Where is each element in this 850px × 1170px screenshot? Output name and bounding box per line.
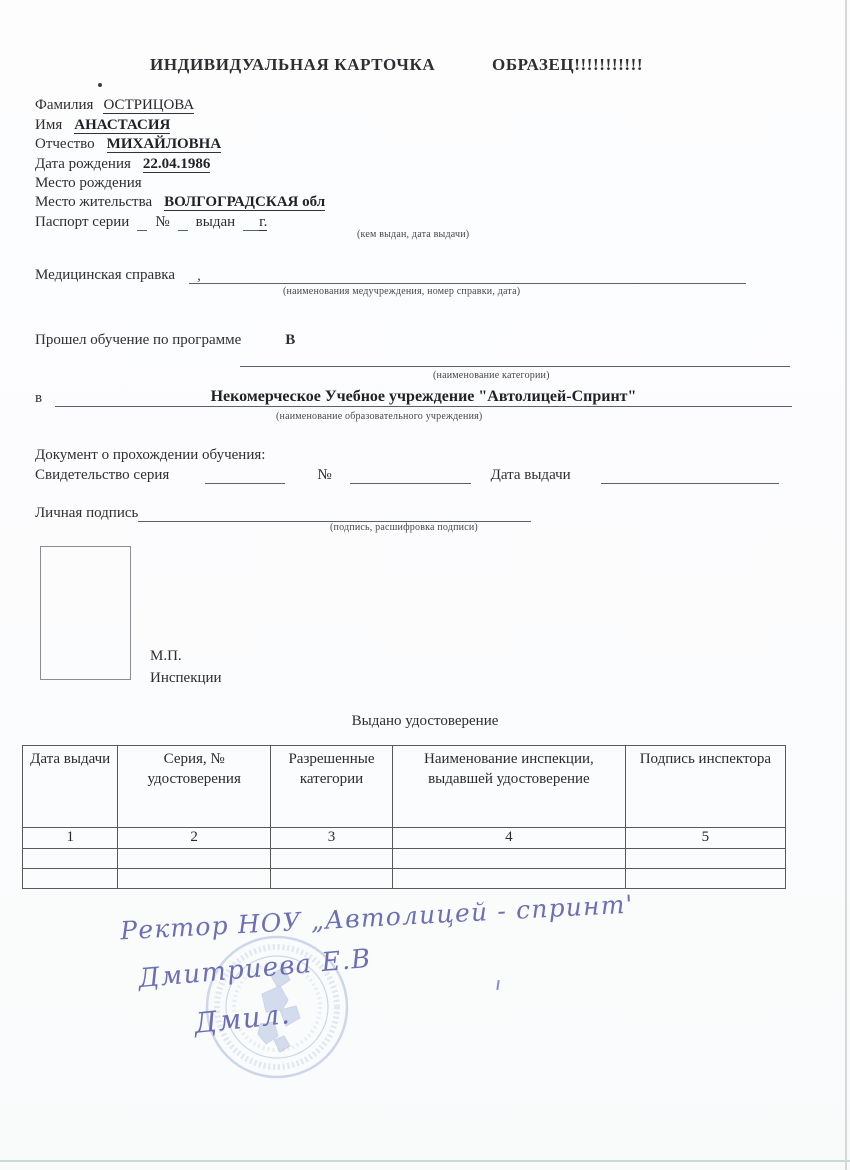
institution-value: Некомерческое Учебное учреждение "Автоли… — [211, 388, 637, 405]
scan-edge-right — [845, 0, 847, 1170]
document-heading: Документ о прохождении обучения: — [35, 447, 265, 464]
field-personal-signature: Личная подпись — [35, 504, 531, 522]
field-certificate: Свидетельство серия № Дата выдачи — [35, 466, 779, 484]
mp-label: М.П. — [150, 648, 182, 665]
personal-signature-caption: (подпись, расшифровка подписи) — [330, 522, 478, 533]
license-heading-text: Выдано удостоверение — [352, 713, 499, 729]
header-cell: Дата выдачи — [23, 746, 118, 828]
inspection-label: Инспекции — [150, 670, 222, 687]
birth-date-label: Дата рождения — [35, 156, 131, 172]
field-surname: Фамилия ОСТРИЦОВА — [35, 96, 194, 114]
category-caption: (наименование категории) — [433, 370, 550, 381]
header-cell: Наименование инспекции, выдавшей удостов… — [393, 746, 626, 828]
number-cell: 5 — [625, 828, 785, 849]
personal-signature-blank — [138, 507, 531, 522]
empty-cell — [270, 868, 392, 888]
passport-caption: (кем выдан, дата выдачи) — [357, 229, 469, 240]
institution-line: Некомерческое Учебное учреждение "Автоли… — [55, 388, 792, 407]
passport-date-blank — [243, 216, 259, 231]
table-header-row: Дата выдачи Серия, № удостоверения Разре… — [23, 746, 786, 828]
field-medical: Медицинская справка , — [35, 266, 746, 284]
birth-place-label: Место рождения — [35, 175, 142, 191]
field-patronymic: Отчество МИХАЙЛОВНА — [35, 135, 221, 153]
license-table: Дата выдачи Серия, № удостоверения Разре… — [22, 745, 786, 889]
passport-issued-label: выдан — [196, 214, 235, 230]
institution-caption: (наименование образовательного учреждени… — [276, 411, 482, 422]
header-cell: Подпись инспектора — [625, 746, 785, 828]
empty-cell — [625, 868, 785, 888]
passport-label: Паспорт серии — [35, 214, 129, 230]
certificate-series-blank — [205, 469, 285, 484]
field-birth-date: Дата рождения 22.04.1986 — [35, 155, 210, 173]
passport-no-sign: № — [155, 214, 169, 230]
empty-cell — [118, 868, 271, 888]
field-passport: Паспорт серии № выдан г. — [35, 213, 267, 231]
empty-cell — [393, 868, 626, 888]
category-blank-line — [240, 366, 790, 367]
ink-tick-mark — [496, 980, 499, 990]
scanned-card-page: ИНДИВИДУАЛЬНАЯ КАРТОЧКА ОБРАЗЕЦ!!!!!!!!!… — [0, 0, 850, 1170]
certificate-number-label: № — [317, 467, 331, 483]
passport-year-suffix: г. — [259, 214, 267, 231]
header-cell: Разрешенные категории — [270, 746, 392, 828]
number-cell: 3 — [270, 828, 392, 849]
personal-signature-label: Личная подпись — [35, 505, 138, 521]
stamp-placeholder-box — [40, 546, 131, 680]
empty-cell — [393, 848, 626, 868]
page-title: ИНДИВИДУАЛЬНАЯ КАРТОЧКА — [150, 55, 435, 75]
empty-cell — [270, 848, 392, 868]
license-heading: Выдано удостоверение — [0, 712, 850, 730]
scan-edge-bottom — [0, 1160, 850, 1162]
issue-date-label: Дата выдачи — [491, 467, 571, 483]
in-label: в — [35, 390, 42, 407]
program-label: Прошел обучение по программе — [35, 332, 241, 348]
empty-cell — [118, 848, 271, 868]
table-number-row: 1 2 3 4 5 — [23, 828, 786, 849]
empty-cell — [625, 848, 785, 868]
number-cell: 1 — [23, 828, 118, 849]
medical-comma-blank: , — [189, 269, 209, 284]
medical-caption: (наименования медучреждения, номер справ… — [283, 286, 520, 297]
handwritten-line-rector: Ректор НОУ „Автолицей - спринт' — [120, 890, 635, 946]
scan-speck — [98, 83, 102, 87]
field-birth-place: Место рождения — [35, 174, 142, 192]
empty-cell — [23, 868, 118, 888]
birth-date-value: 22.04.1986 — [143, 156, 211, 173]
field-name: Имя АНАСТАСИЯ — [35, 116, 170, 134]
field-residence: Место жительства ВОЛГОГРАДСКАЯ обл — [35, 193, 325, 211]
category-value: В — [285, 332, 295, 348]
medical-blank-line — [209, 269, 746, 284]
number-cell: 4 — [393, 828, 626, 849]
passport-series-blank — [137, 216, 147, 231]
surname-label: Фамилия — [35, 97, 93, 113]
patronymic-label: Отчество — [35, 136, 95, 152]
medical-label: Медицинская справка — [35, 267, 175, 283]
certificate-label: Свидетельство серия — [35, 467, 169, 483]
header-cell: Серия, № удостоверения — [118, 746, 271, 828]
number-cell: 2 — [118, 828, 271, 849]
field-program: Прошел обучение по программе В — [35, 331, 295, 349]
residence-label: Место жительства — [35, 194, 152, 210]
name-value: АНАСТАСИЯ — [74, 117, 170, 134]
table-empty-row — [23, 868, 786, 888]
residence-value: ВОЛГОГРАДСКАЯ обл — [164, 194, 325, 211]
patronymic-value: МИХАЙЛОВНА — [107, 136, 222, 153]
issue-date-blank — [601, 469, 779, 484]
surname-value: ОСТРИЦОВА — [103, 97, 194, 114]
empty-cell — [23, 848, 118, 868]
name-label: Имя — [35, 117, 62, 133]
passport-number-blank — [178, 216, 188, 231]
certificate-number-blank — [350, 469, 471, 484]
table-empty-row — [23, 848, 786, 868]
sample-mark: ОБРАЗЕЦ!!!!!!!!!!! — [492, 55, 643, 75]
